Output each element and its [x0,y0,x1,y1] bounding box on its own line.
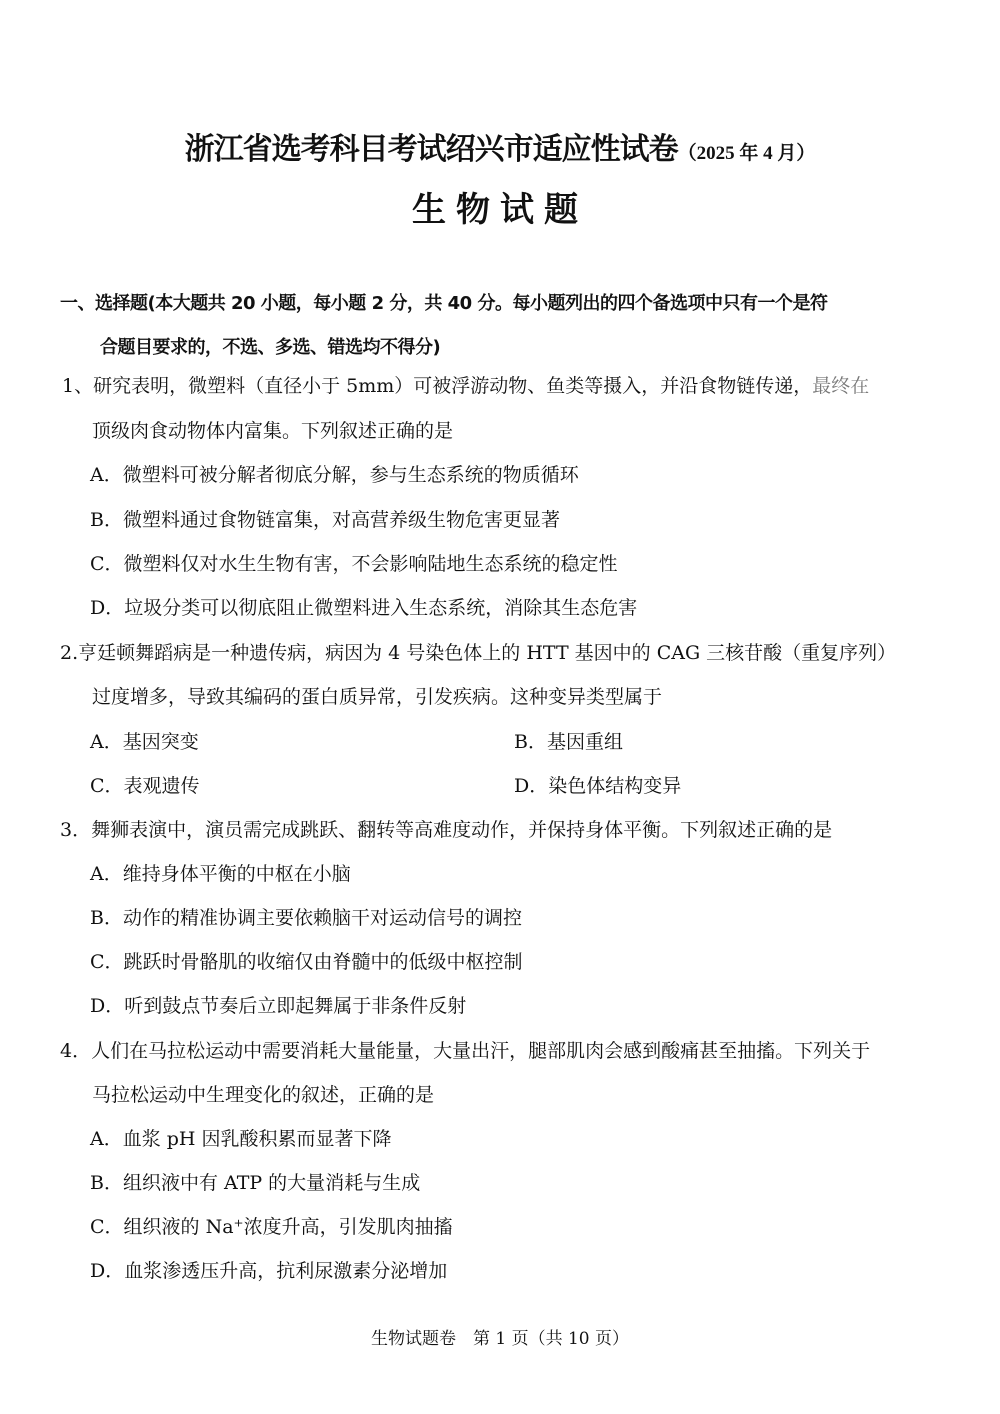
question-3-option-d[interactable]: D．听到鼓点节奏后立即起舞属于非条件反射 [90,991,466,1018]
question-number: 2. [60,642,78,664]
question-4-option-c[interactable]: C．组织液的 Na⁺浓度升高，引发肌肉抽搐 [90,1212,453,1239]
question-2-option-a[interactable]: A．基因突变 [90,727,199,754]
question-1-stem-line2: 顶级肉食动物体内富集。下列叙述正确的是 [92,416,453,443]
subject-title: 生物试题 [0,182,1000,231]
question-1-option-c[interactable]: C．微塑料仅对水生生物有害，不会影响陆地生态系统的稳定性 [90,549,618,576]
section-instructions-line2: 合题目要求的，不选、多选、错选均不得分) [60,326,950,370]
question-3-stem-line1: 3．舞狮表演中，演员需完成跳跃、翻转等高难度动作，并保持身体平衡。下列叙述正确的… [60,815,832,842]
question-2-option-d[interactable]: D．染色体结构变异 [514,771,681,798]
question-3-option-a[interactable]: A．维持身体平衡的中枢在小脑 [90,859,351,886]
question-2-stem-line1: 2.亨廷顿舞蹈病是一种遗传病，病因为 4 号染色体上的 HTT 基因中的 CAG… [60,638,896,665]
section-instructions: 一、选择题(本大题共 20 小题，每小题 2 分，共 40 分。每小题列出的四个… [60,282,950,370]
question-1-stem-line1: 1、研究表明，微塑料（直径小于 5mm）可被浮游动物、鱼类等摄入，并沿食物链传递… [62,371,869,398]
question-4-option-b[interactable]: B．组织液中有 ATP 的大量消耗与生成 [90,1168,420,1195]
question-2-stem-line2: 过度增多，导致其编码的蛋白质异常，引发疾病。这种变异类型属于 [92,682,662,709]
question-4-stem-line1: 4．人们在马拉松运动中需要消耗大量能量，大量出汗，腿部肌肉会感到酸痛甚至抽搐。下… [60,1036,870,1063]
exam-title: 浙江省选考科目考试绍兴市适应性试卷（2025 年 4 月） [0,124,1000,168]
section-instructions-line1: 一、选择题(本大题共 20 小题，每小题 2 分，共 40 分。每小题列出的四个… [60,282,950,326]
question-1-option-b[interactable]: B．微塑料通过食物链富集，对高营养级生物危害更显著 [90,505,560,532]
question-number: 3． [60,819,91,841]
question-4-option-a[interactable]: A．血浆 pH 因乳酸积累而显著下降 [90,1124,392,1151]
question-1-option-d[interactable]: D．垃圾分类可以彻底阻止微塑料进入生态系统，消除其生态危害 [90,593,637,620]
question-1-option-a[interactable]: A．微塑料可被分解者彻底分解，参与生态系统的物质循环 [90,460,579,487]
question-4-stem-line2: 马拉松运动中生理变化的叙述，正确的是 [92,1080,434,1107]
exam-date: （2025 年 4 月） [678,143,816,164]
question-number: 1、 [62,375,93,397]
question-2-option-c[interactable]: C．表观遗传 [90,771,200,798]
question-3-option-c[interactable]: C．跳跃时骨骼肌的收缩仅由脊髓中的低级中枢控制 [90,947,523,974]
question-3-option-b[interactable]: B．动作的精准协调主要依赖脑干对运动信号的调控 [90,903,522,930]
exam-title-text: 浙江省选考科目考试绍兴市适应性试卷 [185,132,678,167]
question-4-option-d[interactable]: D．血浆渗透压升高，抗利尿激素分泌增加 [90,1256,447,1283]
question-2-option-b[interactable]: B．基因重组 [514,727,623,754]
question-number: 4． [60,1040,91,1062]
page-footer: 生物试题卷 第 1 页（共 10 页） [0,1324,1000,1349]
